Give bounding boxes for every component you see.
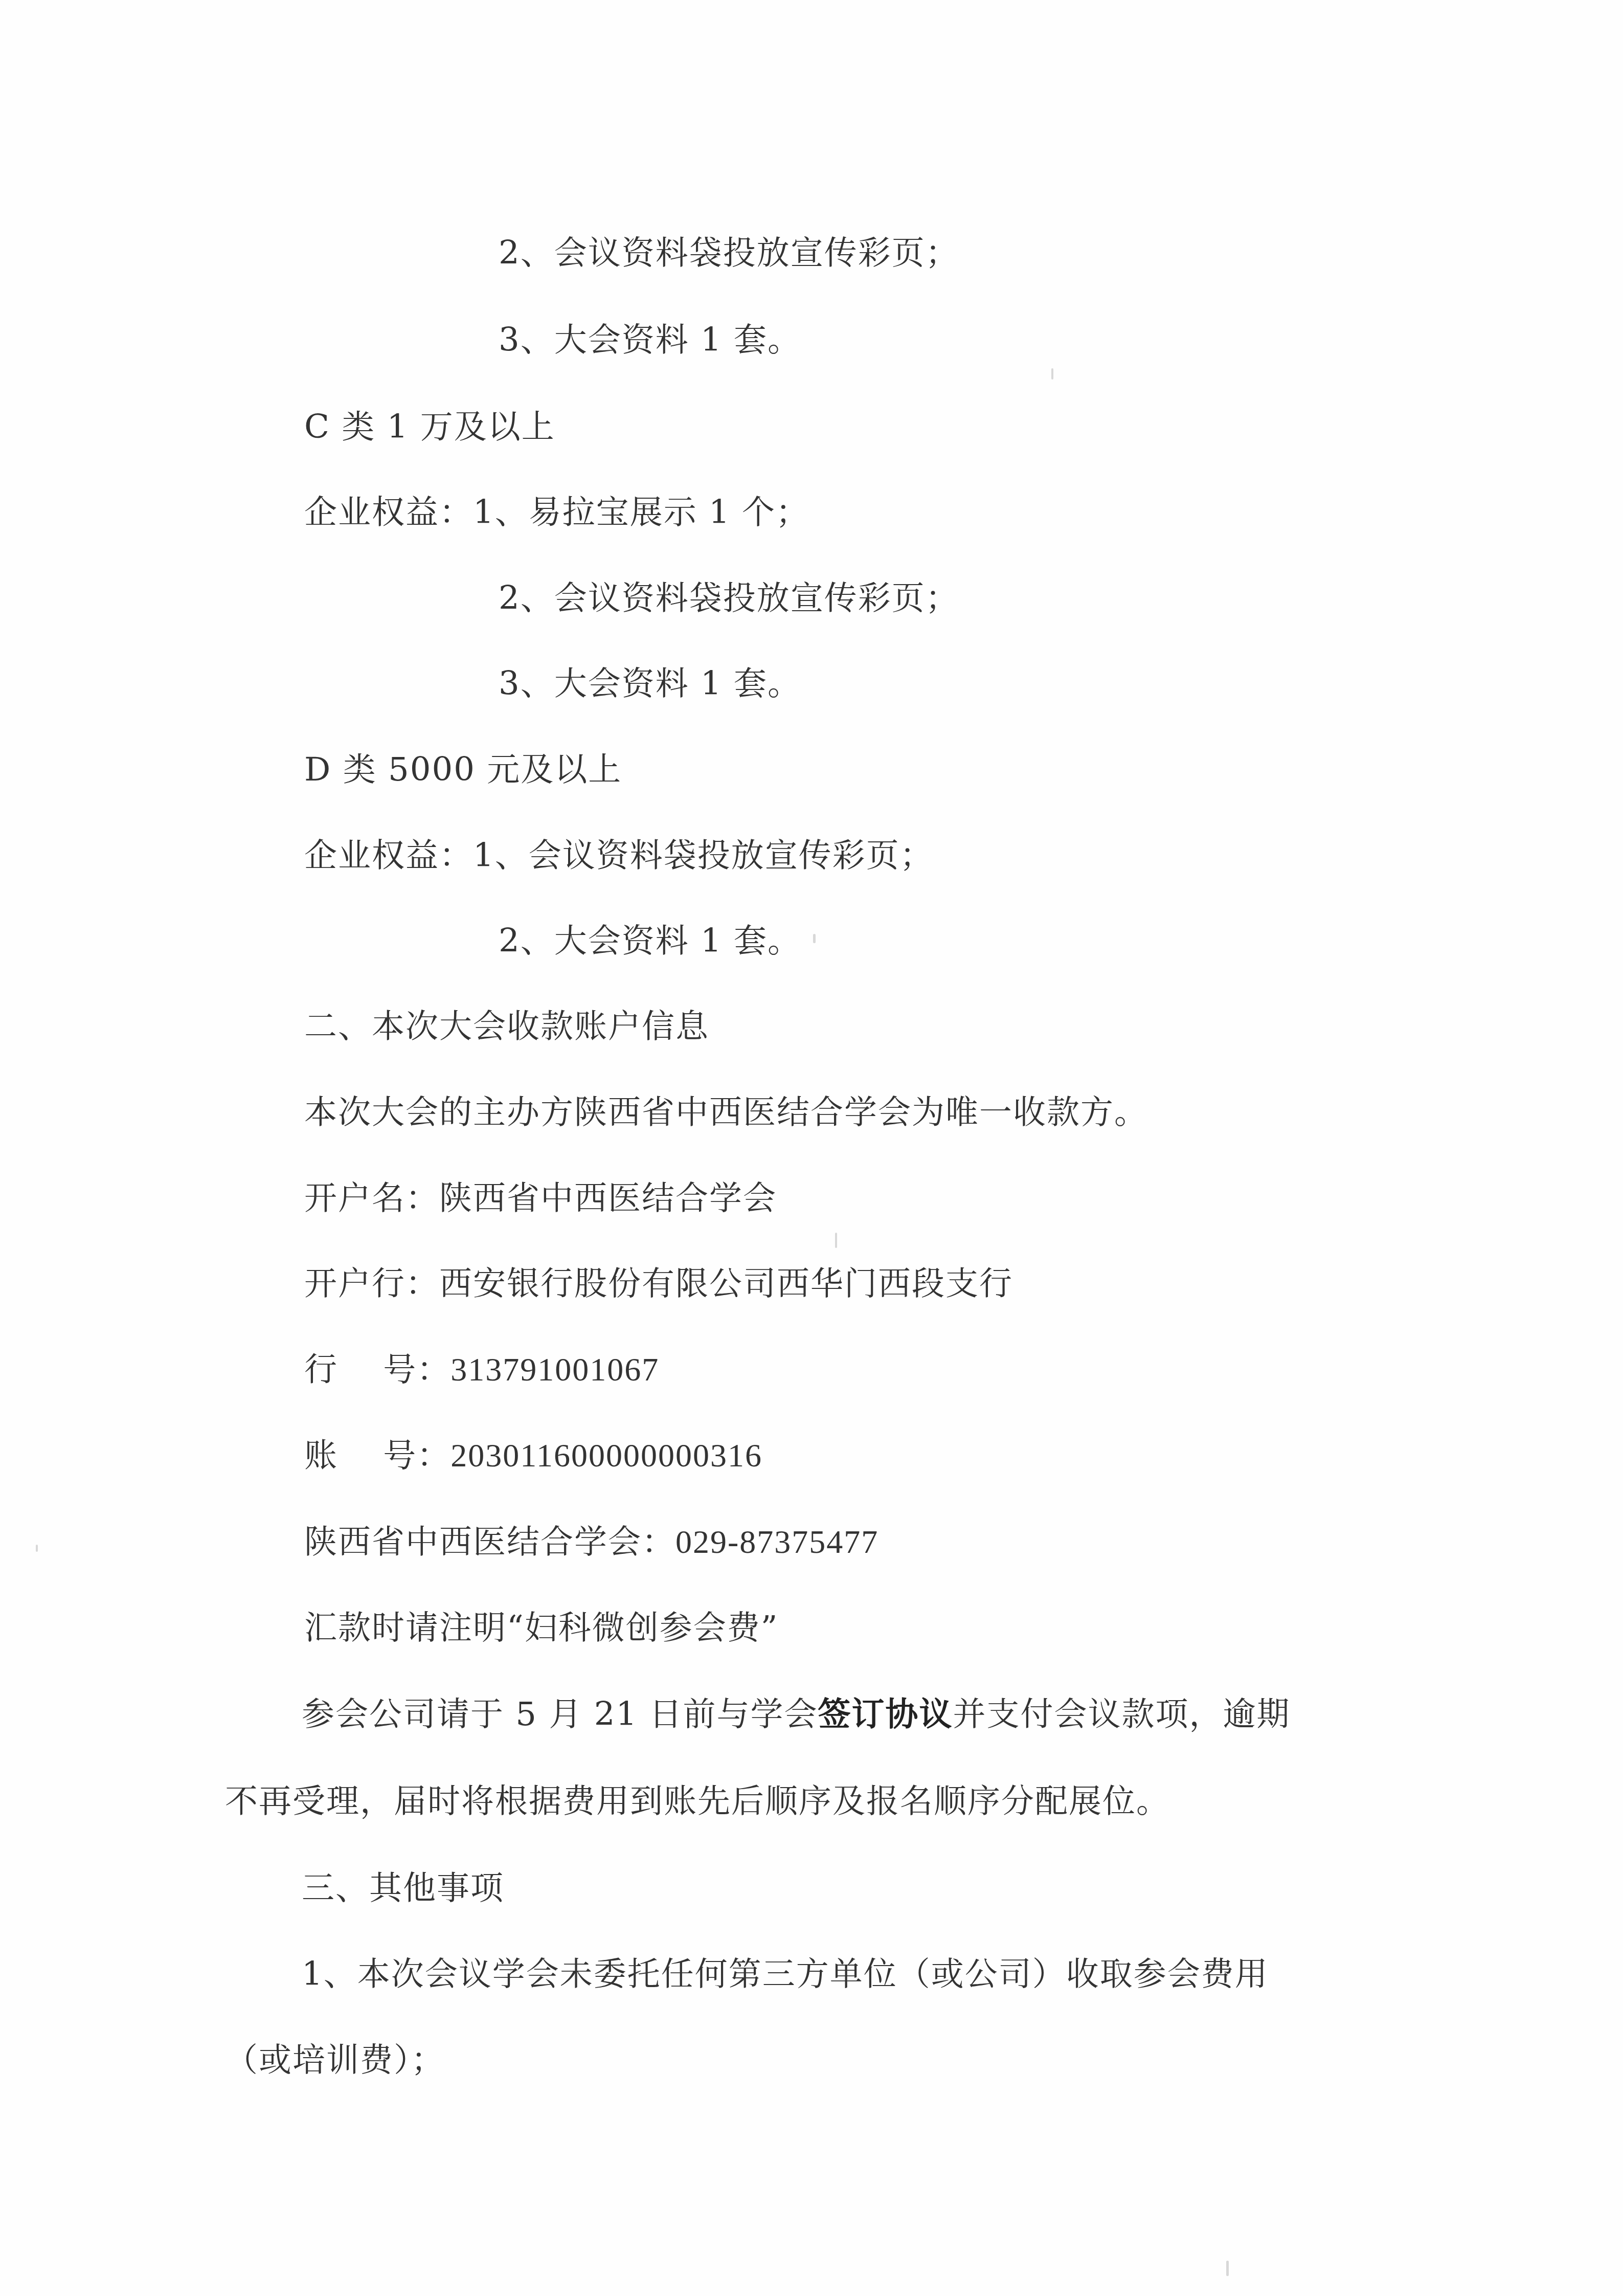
section-2-heading: 二、本次大会收款账户信息 bbox=[304, 1006, 709, 1047]
deadline-text-bold: 签订协议 bbox=[818, 1695, 953, 1733]
tier-c-benefits-label: 企业权益： bbox=[304, 494, 473, 531]
account-name-value: 陕西省中西医结合学会 bbox=[439, 1179, 777, 1217]
section-2-intro: 本次大会的主办方陕西省中西医结合学会为唯一收款方。 bbox=[304, 1092, 1148, 1133]
tier-d-benefit-item-1: 1、会议资料袋投放宣传彩页； bbox=[473, 837, 934, 875]
bank-value: 西安银行股份有限公司西华门西段支行 bbox=[439, 1265, 1013, 1303]
deadline-text-part-1: 参会公司请于 5 月 21 日前与学会 bbox=[302, 1696, 818, 1733]
account-number-row: 账 号：203011600000000316 bbox=[304, 1435, 762, 1476]
tier-d-benefits-label: 企业权益： bbox=[304, 837, 473, 875]
tier-c-benefit-item-3: 3、大会资料 1 套。 bbox=[499, 663, 801, 704]
scan-speck bbox=[36, 1545, 38, 1552]
tier-b-benefit-item-3: 3、大会资料 1 套。 bbox=[499, 320, 801, 361]
bank-label: 开户行： bbox=[304, 1265, 439, 1303]
phone-row: 陕西省中西医结合学会：029-87375477 bbox=[304, 1522, 878, 1563]
account-name-row: 开户名：陕西省中西医结合学会 bbox=[304, 1178, 777, 1219]
deadline-text-part-2: 并支付会议款项，逾期 bbox=[953, 1696, 1291, 1733]
tier-d-benefit-item-2: 2、大会资料 1 套。 bbox=[499, 921, 801, 962]
tier-c-heading: C 类 1 万及以上 bbox=[304, 407, 555, 448]
tier-d-heading: D 类 5000 元及以上 bbox=[304, 749, 622, 790]
account-name-label: 开户名： bbox=[304, 1179, 439, 1217]
remittance-note: 汇款时请注明“妇科微创参会费” bbox=[304, 1608, 778, 1648]
bank-code-row: 行 号：313791001067 bbox=[304, 1349, 659, 1390]
phone-label: 陕西省中西医结合学会： bbox=[304, 1523, 675, 1561]
section-3-item-1-line-2: （或培训费）； bbox=[225, 2040, 445, 2081]
scan-speck bbox=[835, 1233, 837, 1248]
bank-row: 开户行：西安银行股份有限公司西华门西段支行 bbox=[304, 1263, 1013, 1304]
section-3-heading: 三、其他事项 bbox=[302, 1868, 504, 1909]
section-3-item-1-line-1: 1、本次会议学会未委托任何第三方单位（或公司）收取参会费用 bbox=[302, 1954, 1269, 1995]
tier-d-benefit-row-1: 企业权益：1、会议资料袋投放宣传彩页； bbox=[304, 835, 934, 876]
bank-code-value: 313791001067 bbox=[450, 1351, 659, 1388]
tier-b-benefit-item-2: 2、会议资料袋投放宣传彩页； bbox=[499, 233, 959, 274]
account-number-label: 账 号： bbox=[304, 1437, 450, 1475]
deadline-paragraph-line-2: 不再受理，届时将根据费用到账先后顺序及报名顺序分配展位。 bbox=[225, 1781, 1170, 1822]
tier-c-benefit-item-2: 2、会议资料袋投放宣传彩页； bbox=[499, 578, 959, 619]
scan-speck bbox=[813, 934, 816, 943]
bank-code-label: 行 号： bbox=[304, 1351, 450, 1389]
phone-value: 029-87375477 bbox=[675, 1524, 878, 1560]
tier-c-benefit-item-1: 1、易拉宝展示 1 个； bbox=[473, 494, 809, 531]
account-number-value: 203011600000000316 bbox=[450, 1437, 762, 1474]
tier-c-benefit-row-1: 企业权益：1、易拉宝展示 1 个； bbox=[304, 492, 809, 533]
deadline-paragraph-line-1: 参会公司请于 5 月 21 日前与学会签订协议并支付会议款项，逾期 bbox=[302, 1694, 1291, 1735]
document-page: 2、会议资料袋投放宣传彩页； 3、大会资料 1 套。 C 类 1 万及以上 企业… bbox=[0, 0, 1623, 2296]
scan-speck bbox=[1051, 368, 1053, 380]
scan-speck bbox=[1226, 2261, 1229, 2276]
